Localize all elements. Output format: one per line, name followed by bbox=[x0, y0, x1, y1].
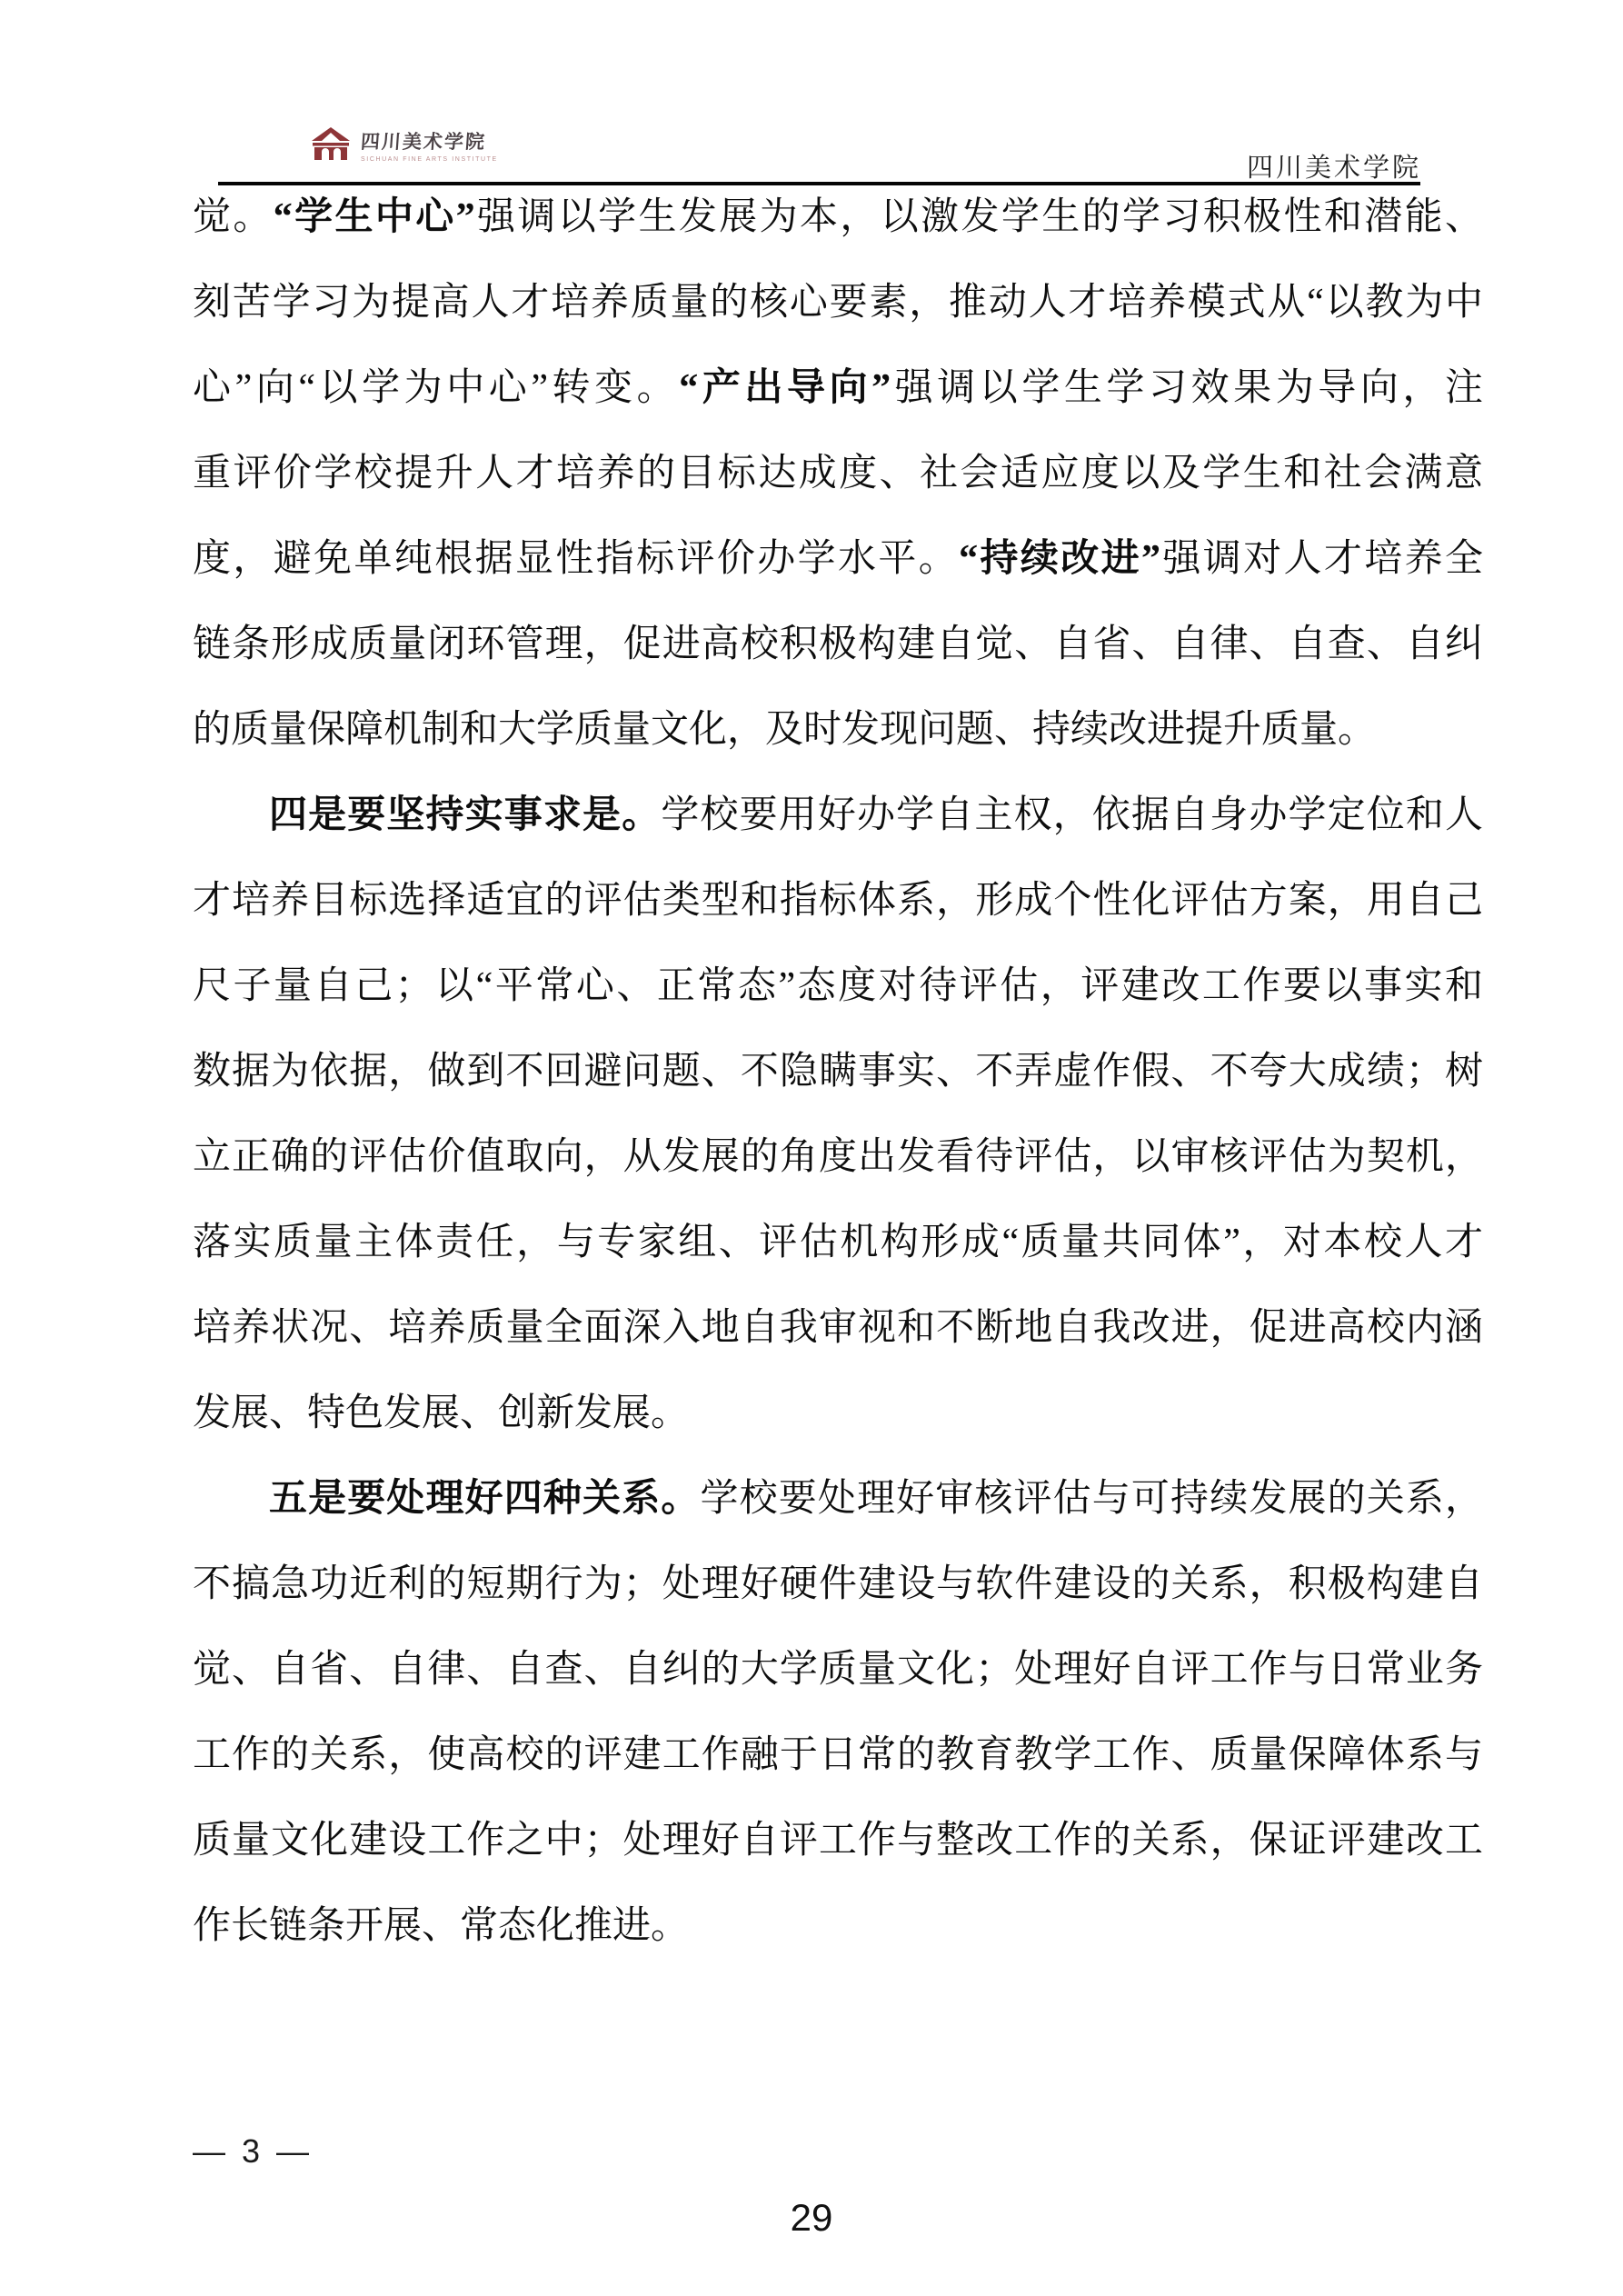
text-line: 五是要处理好四种关系。学校要处理好审核评估与可持续发展的关系， bbox=[193, 1456, 1483, 1542]
text-line: 度，避免单纯根据显性指标评价办学水平。“持续改进”强调对人才培养全 bbox=[193, 516, 1483, 602]
text-line: 工作的关系，使高校的评建工作融于日常的教育教学工作、质量保障体系与 bbox=[193, 1712, 1483, 1798]
text-line: 链条形成质量闭环管理，促进高校积极构建自觉、自省、自律、自查、自纠 bbox=[193, 602, 1483, 687]
emphasis-text: “产出导向” bbox=[679, 367, 891, 409]
body-text-segment: 的质量保障机制和大学质量文化，及时发现问题、持续改进提升质量。 bbox=[193, 709, 1376, 751]
body-text-segment: 尺子量自己；以“平常心、正常态”态度对待评估，评建改工作要以事实和 bbox=[193, 965, 1483, 1007]
body-text-segment: 工作的关系，使高校的评建工作融于日常的教育教学工作、质量保障体系与 bbox=[193, 1734, 1483, 1776]
school-gate-icon bbox=[310, 127, 352, 160]
body-text-segment: 作长链条开展、常态化推进。 bbox=[193, 1905, 689, 1947]
body-text-segment: 觉、自省、自律、自查、自纠的大学质量文化；处理好自评工作与日常业务 bbox=[193, 1649, 1483, 1691]
body-text-segment: 心”向“以学为中心”转变。 bbox=[193, 367, 679, 409]
document-page: 四川美术学院 SICHUAN FINE ARTS INSTITUTE 四川美术学… bbox=[0, 0, 1623, 2296]
emphasis-text: “学生中心” bbox=[274, 196, 475, 238]
text-line: 四是要坚持实事求是。学校要用好办学自主权，依据自身办学定位和人 bbox=[193, 773, 1483, 858]
text-line: 不搞急功近利的短期行为；处理好硬件建设与软件建设的关系，积极构建自 bbox=[193, 1542, 1483, 1627]
body-text-segment: 强调对人才培养全 bbox=[1160, 538, 1483, 580]
body-text-segment: 强调以学生发展为本，以激发学生的学习积极性和潜能、 bbox=[475, 196, 1483, 238]
text-line: 的质量保障机制和大学质量文化，及时发现问题、持续改进提升质量。 bbox=[193, 687, 1483, 773]
logo-name-en: SICHUAN FINE ARTS INSTITUTE bbox=[361, 156, 498, 163]
body-text-segment: 质量文化建设工作之中；处理好自评工作与整改工作的关系，保证评建改工 bbox=[193, 1820, 1483, 1862]
body-text-segment: 培养状况、培养质量全面深入地自我审视和不断地自我改进，促进高校内涵 bbox=[193, 1307, 1483, 1349]
body-text-segment: 数据为依据，做到不回避问题、不隐瞒事实、不弄虚作假、不夸大成绩；树 bbox=[193, 1051, 1483, 1093]
text-line: 落实质量主体责任，与专家组、评估机构形成“质量共同体”，对本校人才 bbox=[193, 1200, 1483, 1285]
text-line: 立正确的评估价值取向，从发展的角度出发看待评估，以审核评估为契机， bbox=[193, 1114, 1483, 1200]
text-line: 质量文化建设工作之中；处理好自评工作与整改工作的关系，保证评建改工 bbox=[193, 1798, 1483, 1883]
logo-text-block: 四川美术学院 SICHUAN FINE ARTS INSTITUTE bbox=[361, 127, 498, 163]
body-text-segment: 刻苦学习为提高人才培养质量的核心要素，推动人才培养模式从“以教为中 bbox=[193, 282, 1483, 324]
body-text-segment: 重评价学校提升人才培养的目标达成度、社会适应度以及学生和社会满意 bbox=[193, 453, 1483, 494]
body-text-segment: 链条形成质量闭环管理，促进高校积极构建自觉、自省、自律、自查、自纠 bbox=[193, 624, 1483, 665]
school-logo: 四川美术学院 SICHUAN FINE ARTS INSTITUTE bbox=[310, 127, 498, 163]
emphasis-text: 四是要坚持实事求是。 bbox=[269, 794, 661, 836]
document-page-marker: — 3 — bbox=[193, 2132, 313, 2171]
body-text-segment: 不搞急功近利的短期行为；处理好硬件建设与软件建设的关系，积极构建自 bbox=[193, 1563, 1483, 1605]
body-text-segment: 学校要用好办学自主权，依据自身办学定位和人 bbox=[661, 794, 1483, 836]
emphasis-text: “持续改进” bbox=[959, 538, 1160, 580]
text-line: 刻苦学习为提高人才培养质量的核心要素，推动人才培养模式从“以教为中 bbox=[193, 260, 1483, 345]
body-text-segment: 才培养目标选择适宜的评估类型和指标体系，形成个性化评估方案，用自己 bbox=[193, 880, 1483, 922]
body-text-segment: 觉。 bbox=[193, 196, 274, 238]
emphasis-text: 五是要处理好四种关系。 bbox=[269, 1478, 700, 1520]
pdf-page-number: 29 bbox=[0, 2196, 1623, 2240]
body-text-segment: 立正确的评估价值取向，从发展的角度出发看待评估，以审核评估为契机， bbox=[193, 1136, 1483, 1178]
body-text-segment: 度，避免单纯根据显性指标评价办学水平。 bbox=[193, 538, 959, 580]
text-line: 培养状况、培养质量全面深入地自我审视和不断地自我改进，促进高校内涵 bbox=[193, 1285, 1483, 1371]
logo-name-cn: 四川美术学院 bbox=[360, 127, 499, 155]
body-text: 觉。“学生中心”强调以学生发展为本，以激发学生的学习积极性和潜能、刻苦学习为提高… bbox=[193, 175, 1483, 1969]
body-text-segment: 落实质量主体责任，与专家组、评估机构形成“质量共同体”，对本校人才 bbox=[193, 1222, 1483, 1263]
text-line: 觉。“学生中心”强调以学生发展为本，以激发学生的学习积极性和潜能、 bbox=[193, 175, 1483, 260]
text-line: 作长链条开展、常态化推进。 bbox=[193, 1883, 1483, 1969]
text-line: 觉、自省、自律、自查、自纠的大学质量文化；处理好自评工作与日常业务 bbox=[193, 1627, 1483, 1712]
text-line: 发展、特色发展、创新发展。 bbox=[193, 1371, 1483, 1456]
text-line: 才培养目标选择适宜的评估类型和指标体系，形成个性化评估方案，用自己 bbox=[193, 858, 1483, 943]
body-text-segment: 发展、特色发展、创新发展。 bbox=[193, 1393, 689, 1434]
text-line: 数据为依据，做到不回避问题、不隐瞒事实、不弄虚作假、不夸大成绩；树 bbox=[193, 1029, 1483, 1114]
text-line: 重评价学校提升人才培养的目标达成度、社会适应度以及学生和社会满意 bbox=[193, 431, 1483, 516]
text-line: 尺子量自己；以“平常心、正常态”态度对待评估，评建改工作要以事实和 bbox=[193, 943, 1483, 1029]
body-text-segment: 学校要处理好审核评估与可持续发展的关系， bbox=[700, 1478, 1483, 1520]
body-text-segment: 强调以学生学习效果为导向，注 bbox=[891, 367, 1483, 409]
text-line: 心”向“以学为中心”转变。“产出导向”强调以学生学习效果为导向，注 bbox=[193, 345, 1483, 431]
